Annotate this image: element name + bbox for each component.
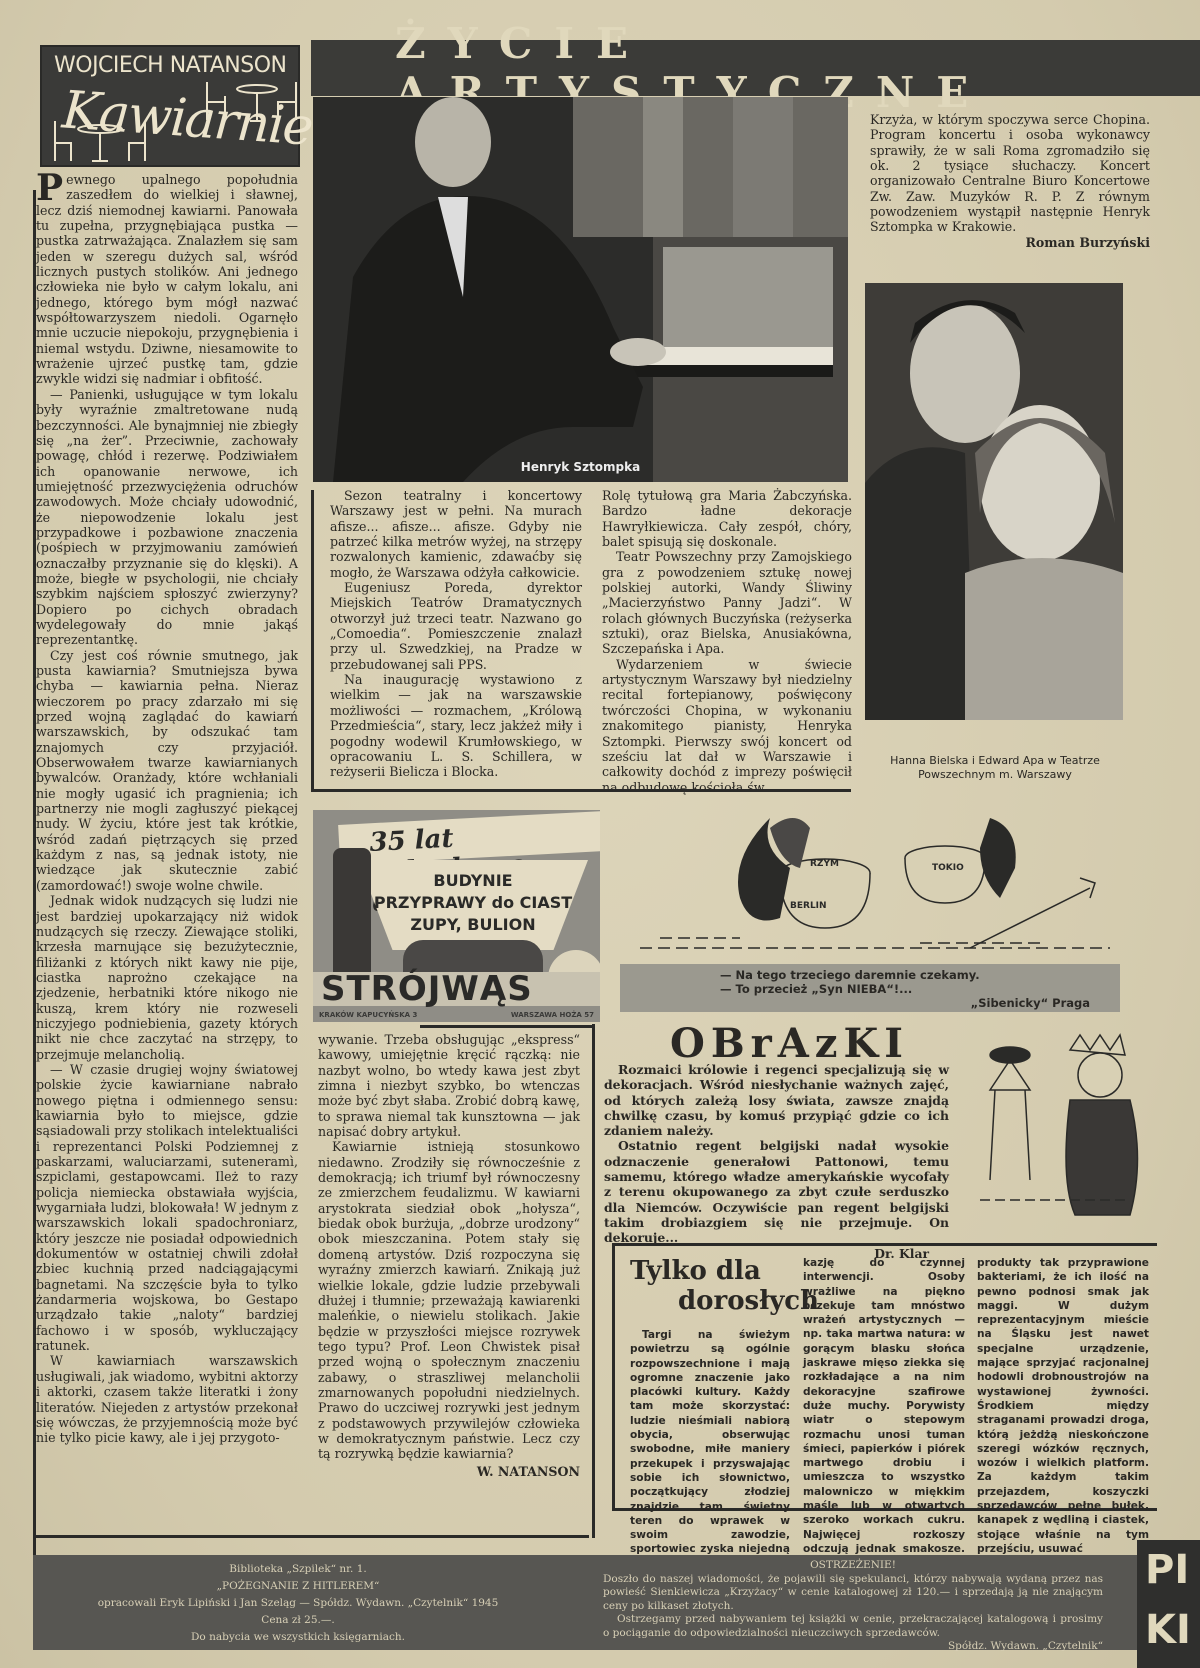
devils-cauldron-cartoon: BERLIN RZYM TOKIO (620, 808, 1130, 963)
tylko-dla-doroslych-box: Tylko dla dorosłych Targi na świeżym pow… (612, 1243, 1157, 1511)
column-rule (311, 490, 314, 790)
zycie-column-3: Krzyża, w którym spoczywa serce Chopina.… (870, 112, 1150, 250)
article-paragraph: — W czasie drugiej wojny światowej polsk… (36, 1062, 298, 1354)
column-rule (592, 1024, 595, 1538)
article-paragraph: Wydarzeniem w świecie artystycznym Warsz… (602, 657, 852, 795)
svg-text:RZYM: RZYM (810, 859, 839, 869)
article-paragraph: Pewnego upalnego popołudnia zaszedłem do… (36, 172, 298, 387)
article-paragraph: Czy jest coś równie smutnego, jak pusta … (36, 648, 298, 894)
obrazki-title: OBrAzKI (670, 1020, 909, 1067)
ad-brand: STRÓJWĄS (313, 972, 600, 1006)
kawiarnie-continuation: wywanie. Trzeba obsługując „ekspress“ ka… (318, 1032, 580, 1479)
article-paragraph: Sezon teatralny i koncertowy Warszawy je… (330, 488, 582, 580)
cauldron-label: BERLIN (790, 901, 827, 911)
photo-caption: Hanna Bielska i Edward Apa w Teatrze Pow… (860, 754, 1130, 782)
article-paragraph: Jednak widok nudzących się ludzi nie jes… (36, 893, 298, 1062)
svg-text:TOKIO: TOKIO (932, 863, 964, 873)
article-title: Tylko dla dorosłych (630, 1256, 819, 1316)
kawiarnie-header: WOJCIECH NATANSON Kawiarnie (40, 45, 300, 167)
cafe-table-chairs-icon-2 (50, 119, 150, 165)
warning-notice: OSTRZEŻENIE! Doszło do naszej wiadomości… (603, 1559, 1103, 1654)
photo-henryk-sztompka: Henryk Sztompka (313, 97, 848, 482)
zycie-column-1: Sezon teatralny i koncertowy Warszawy je… (330, 488, 582, 780)
article-paragraph: Teatr Powszechny przy Zamojskiego gra z … (602, 549, 852, 656)
cartoon-caption: — Na tego trzeciego daremnie czekamy. — … (620, 964, 1120, 1012)
drop-cap: P (36, 174, 63, 202)
ad-product: BUDYNIE (368, 870, 578, 892)
article-author: WOJCIECH NATANSON (54, 53, 286, 78)
article-bottom-rule (33, 1535, 589, 1538)
tylko-column-3: produkty tak przyprawione bakteriami, że… (977, 1256, 1149, 1556)
ad-addresses: KRAKÓW KAPUCYŃSKA 3 WARSZAWA HOŻA 57 (313, 1008, 600, 1022)
article-paragraph: Rolę tytułową gra Maria Żabczyńska. Bard… (602, 488, 852, 549)
ad-products: BUDYNIE PRZYPRAWY do CIAST ZUPY, BULION (368, 870, 578, 936)
pianist-photo (313, 97, 848, 482)
article-paragraph: Kawiarnie istnieją stosunkowo niedawno. … (318, 1139, 580, 1461)
kawiarnie-article-column: Pewnego upalnego popołudnia zaszedłem do… (36, 172, 298, 1542)
tylko-column-2: kazję do czynnej interwencji. Osoby wraż… (803, 1256, 965, 1571)
cafe-table-chairs-icon (202, 77, 300, 127)
photo-bielska-apa (865, 283, 1123, 720)
ad-product: PRZYPRAWY do CIAST (368, 892, 578, 914)
photo-caption: Henryk Sztompka (313, 460, 848, 474)
cartoon-credit: „Sibenicky“ Praga (720, 996, 1120, 1010)
column-rule (420, 1025, 592, 1028)
page-edge-tab: PI KI (1137, 1540, 1200, 1668)
article-paragraph: wywanie. Trzeba obsługując „ekspress“ ka… (318, 1032, 580, 1139)
article-paragraph: Na inaugurację wystawiono z wielkim — ja… (330, 672, 582, 779)
article-bottom-rule (311, 789, 851, 792)
article-paragraph: Krzyża, w którym spoczywa serce Chopina.… (870, 112, 1150, 235)
obrazki-article: Rozmaici królowie i regenci specjalizują… (604, 1062, 949, 1261)
article-paragraph: W kawiarniach warszawskich usługiwali, j… (36, 1353, 298, 1445)
article-paragraph: Eugeniusz Poreda, dyrektor Miejskich Tea… (330, 580, 582, 672)
article-paragraph: Ostatnio regent belgijski nadał wysokie … (604, 1138, 949, 1245)
bottom-announcements: Biblioteka „Szpilek“ nr. 1. „POŻEGNANIE … (33, 1555, 1143, 1650)
strojwas-advertisement: 35 lat jednakowo dobre BUDYNIE PRZYPRAWY… (313, 810, 600, 1022)
book-announcement: Biblioteka „Szpilek“ nr. 1. „POŻEGNANIE … (43, 1561, 553, 1646)
article-paragraph: Rozmaici królowie i regenci specjalizują… (604, 1062, 949, 1138)
article-signature: W. NATANSON (318, 1464, 580, 1479)
tylko-column-1: Targi na świeżym powietrzu są ogólnie ro… (630, 1328, 790, 1571)
article-paragraph: — Panienki, usługujące w tym lokalu były… (36, 387, 298, 648)
article-signature: Roman Burzyński (870, 235, 1150, 250)
newspaper-page: WOJCIECH NATANSON Kawiarnie Pewnego upal… (0, 0, 1200, 1668)
king-medal-cartoon (960, 1030, 1145, 1225)
warning-title: OSTRZEŻENIE! (603, 1559, 1103, 1573)
ad-product: ZUPY, BULION (368, 914, 578, 936)
zycie-column-2: Rolę tytułową gra Maria Żabczyńska. Bard… (602, 488, 852, 795)
bottle-icon (333, 848, 371, 983)
warning-signature: Spółdz. Wydawn. „Czytelnik“ (603, 1640, 1103, 1654)
actors-photo (865, 283, 1123, 720)
zycie-artystyczne-header: ŻYCIE ARTYSTYCZNE (311, 40, 1200, 96)
